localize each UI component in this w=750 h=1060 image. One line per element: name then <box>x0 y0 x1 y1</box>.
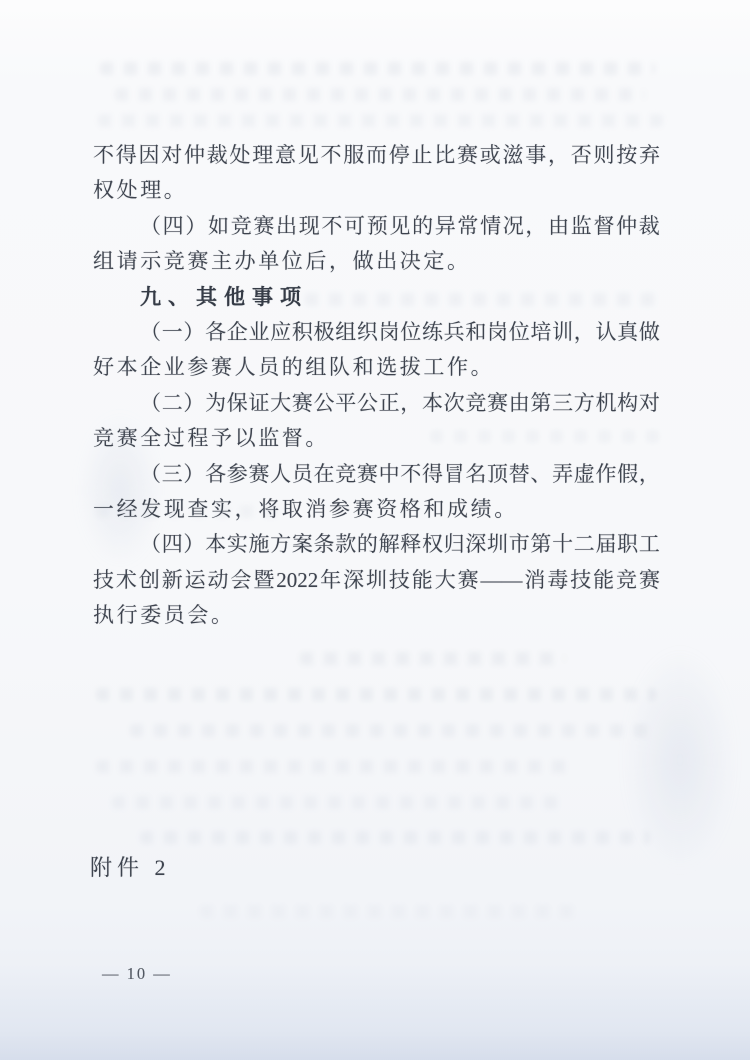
text-line: 好本企业参赛人员的组队和选拔工作。 <box>93 350 660 385</box>
scan-blotch <box>600 600 750 920</box>
text-line: （一）各企业应积极组织岗位练兵和岗位培训，认真做 <box>93 315 660 350</box>
text-line: 九、其他事项 <box>93 280 660 315</box>
page-number: — 10 — <box>102 964 172 984</box>
text-line: （四）本实施方案条款的解释权归深圳市第十二届职工 <box>93 527 660 562</box>
text-line: （四）如竞赛出现不可预见的异常情况，由监督仲裁 <box>93 209 660 244</box>
text-line: 执行委员会。 <box>93 598 660 633</box>
bleed-through-smudge <box>300 652 565 665</box>
text-line: （三）各参赛人员在竞赛中不得冒名顶替、弄虚作假， <box>93 457 660 492</box>
bleed-through-smudge <box>112 796 562 809</box>
text-line: 技术创新运动会暨2022年深圳技能大赛——消毒技能竞赛 <box>93 563 660 598</box>
text-line: 权处理。 <box>93 173 660 208</box>
bleed-through-smudge <box>96 688 656 701</box>
document-body: 不得因对仲裁处理意见不服而停止比赛或滋事，否则按弃权处理。（四）如竞赛出现不可预… <box>93 138 660 633</box>
text-line: 组请示竞赛主办单位后，做出决定。 <box>93 244 660 279</box>
attachment-label: 附件 2 <box>90 853 171 883</box>
text-line: 不得因对仲裁处理意见不服而停止比赛或滋事，否则按弃 <box>93 138 660 173</box>
bleed-through-smudge <box>115 88 645 101</box>
scanned-document-page: 不得因对仲裁处理意见不服而停止比赛或滋事，否则按弃权处理。（四）如竞赛出现不可预… <box>0 0 750 1060</box>
bleed-through-smudge <box>200 905 580 918</box>
bleed-through-smudge <box>98 114 663 127</box>
bleed-through-smudge <box>96 760 576 773</box>
bleed-through-smudge <box>100 62 655 75</box>
bleed-through-smudge <box>140 831 650 844</box>
text-line: 一经发现查实，将取消参赛资格和成绩。 <box>93 492 660 527</box>
text-line: （二）为保证大赛公平公正，本次竞赛由第三方机构对 <box>93 386 660 421</box>
text-line: 竞赛全过程予以监督。 <box>93 421 660 456</box>
bleed-through-smudge <box>130 724 650 737</box>
